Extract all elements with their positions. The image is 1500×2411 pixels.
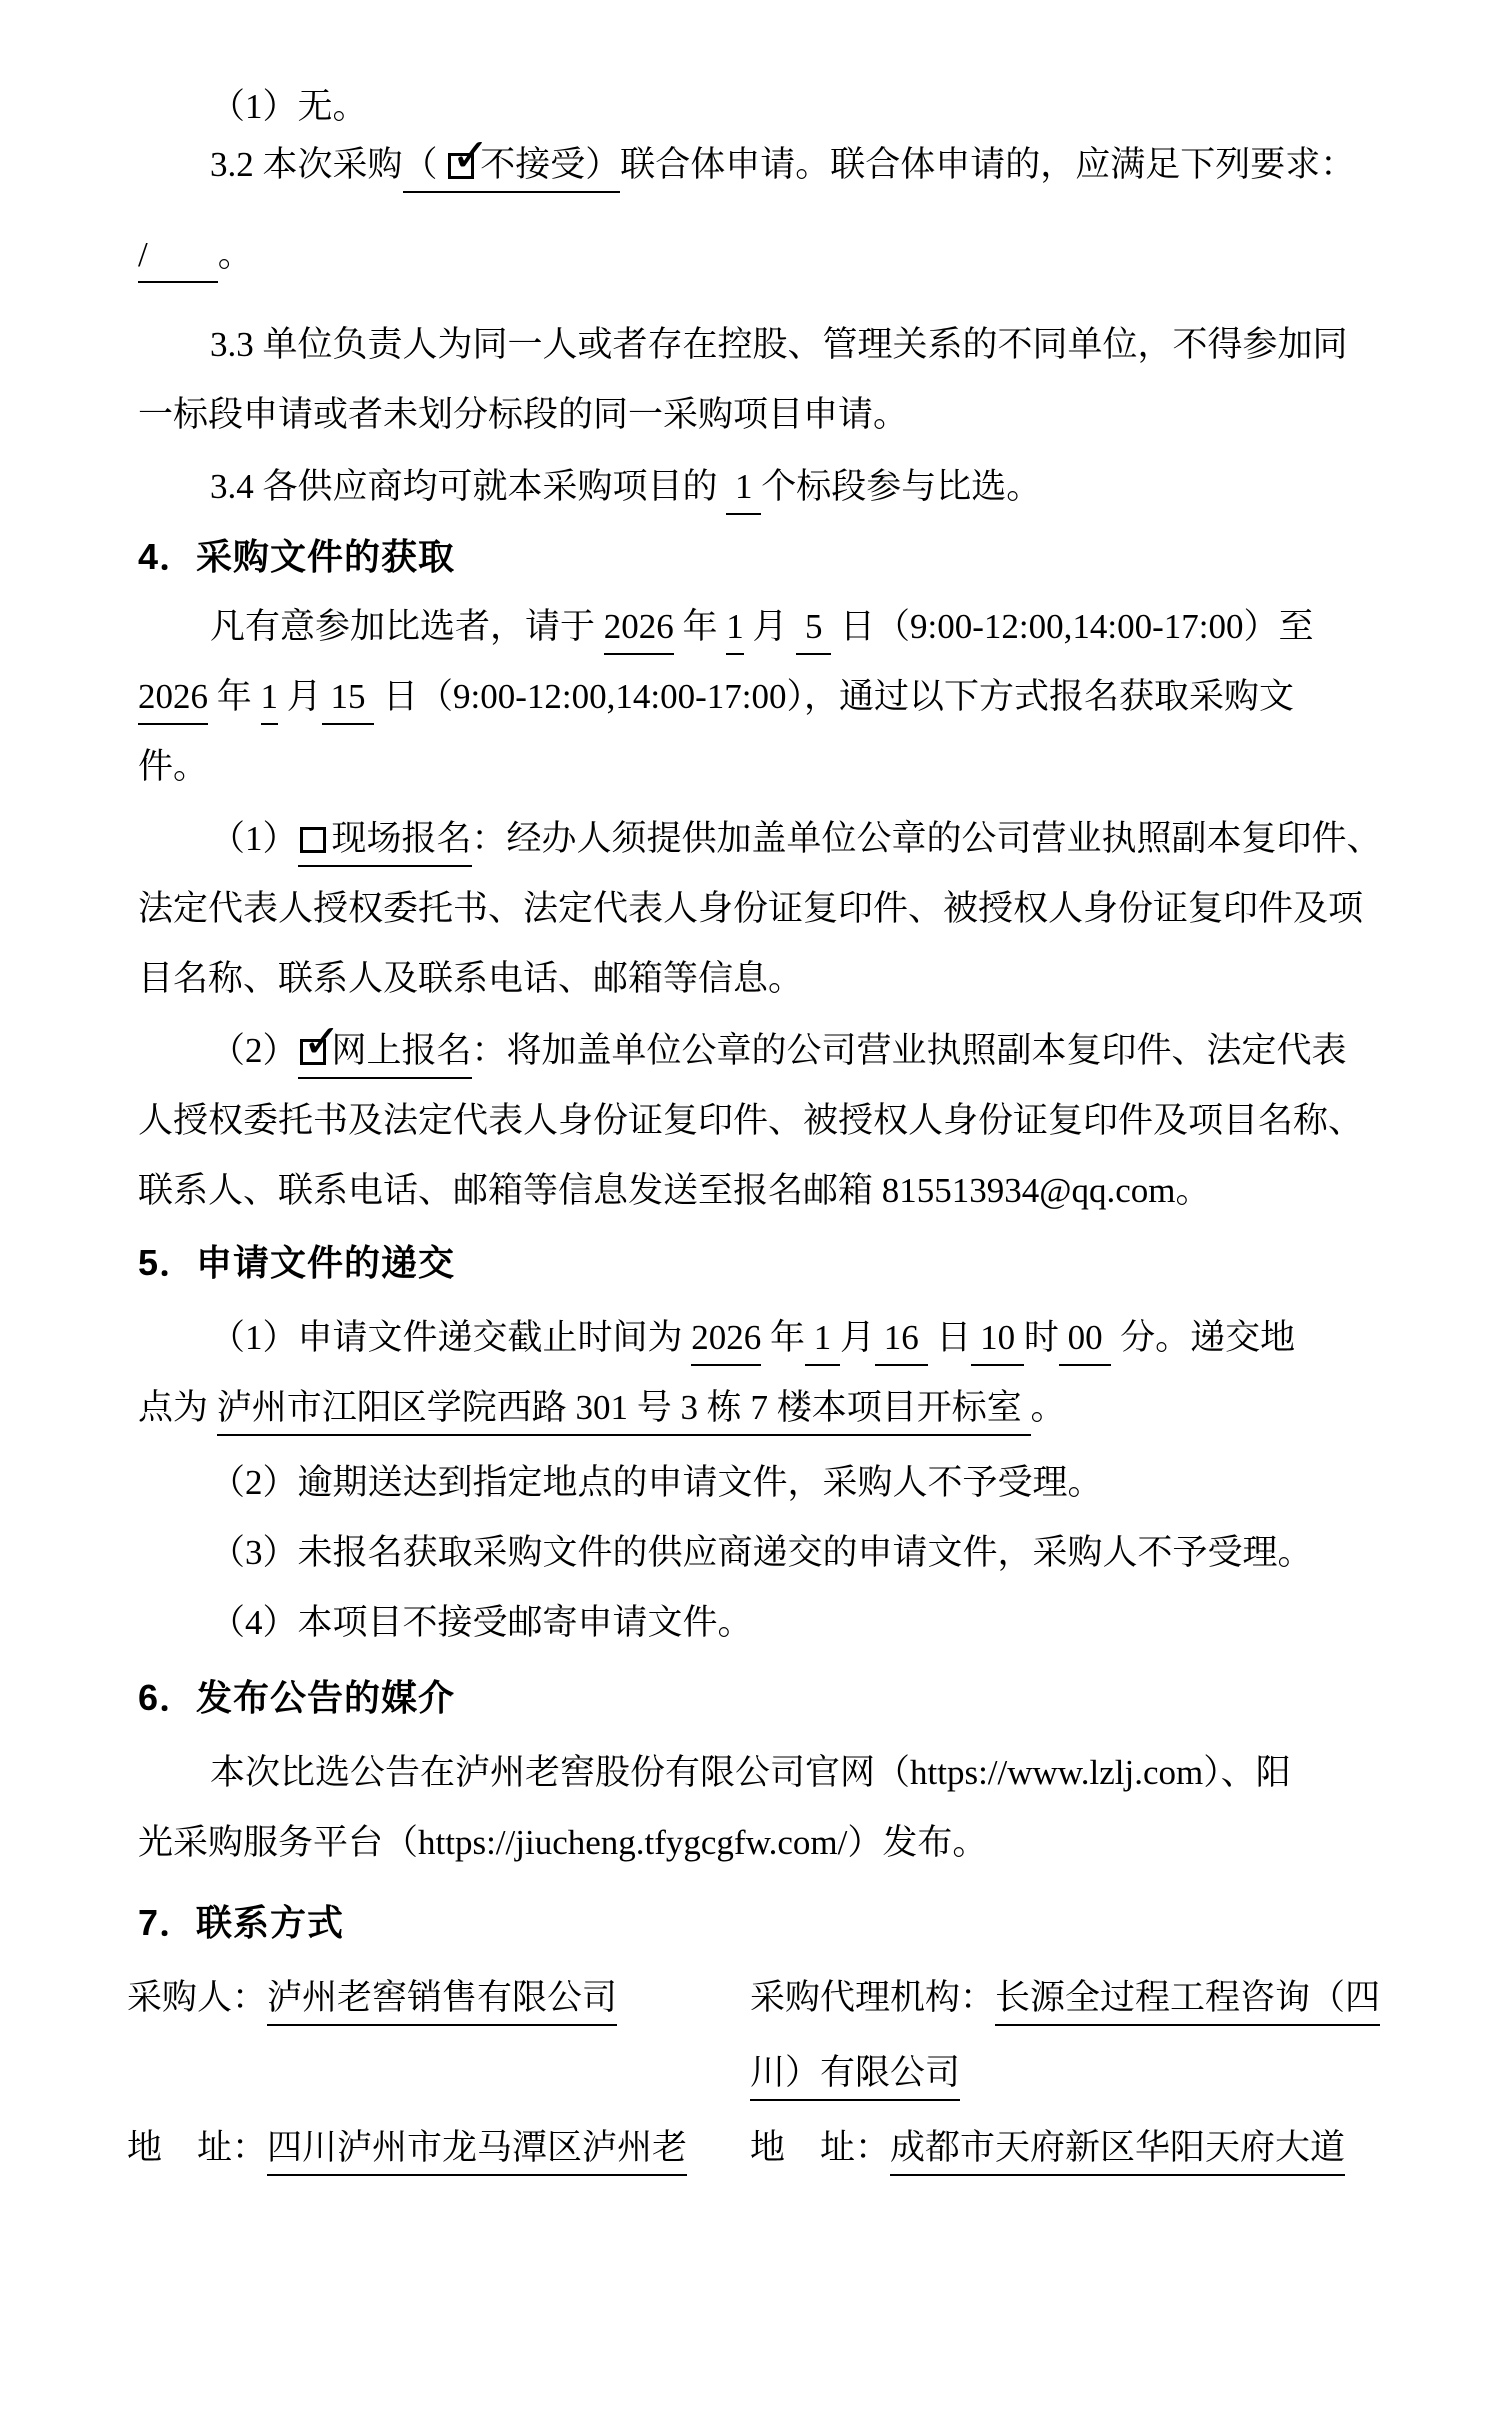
underline-segment: 不接受） [480,145,620,193]
underline-segment: / [138,235,218,283]
underline-segment: 1 [261,677,279,725]
underline-segment: 成都市天府新区华阳天府大道 [890,2128,1345,2176]
underline-segment: 泸州市江阳区学院西路 301 号 3 栋 7 楼本项目开标室 [217,1388,1031,1436]
section-5-item-1-line-1: （1）申请文件递交截止时间为 2026 年 1 月 16 日 10 时 00 分… [0,1303,1500,1373]
check-mark-icon: ✓ [451,132,490,178]
underline-segment: 长源全过程工程咨询（四 [995,1978,1380,2026]
text-segment: 4．采购文件的获取 [138,536,455,577]
underline-segment: 现场报名 [332,819,472,867]
contact-row-addresses: 地 址：四川泸州市龙马潭区泸州老地 址：成都市天府新区华阳天府大道 [0,2113,1500,2183]
text-segment: 目名称、联系人及联系电话、邮箱等信息。 [138,959,803,998]
contact-row-names-right-column: 采购代理机构：长源全过程工程咨询（四 [750,1963,1380,2033]
checkbox-checked-icon: ✓ [300,1039,326,1065]
section-4-line-1: 凡有意参加比选者，请于 2026 年 1 月 5 日（9:00-12:00,14… [0,592,1500,662]
underline-segment: 网上报名 [332,1031,472,1079]
section-5-item-3: （3）未报名获取采购文件的供应商递交的申请文件，采购人不予受理。 [0,1518,1500,1588]
text-segment: （3）未报名获取采购文件的供应商递交的申请文件，采购人不予受理。 [210,1533,1313,1572]
section-4-line-2: 2026 年 1 月 15 日（9:00-12:00,14:00-17:00），… [0,662,1500,732]
text-segment: （4）本项目不接受邮寄申请文件。 [210,1603,753,1642]
text-segment: （1） [210,819,298,858]
underline-segment: 5 [796,607,831,655]
text-segment: 点为 [138,1388,217,1427]
section-5-item-4: （4）本项目不接受邮寄申请文件。 [0,1588,1500,1658]
contact-row-addresses-left-column: 地 址：四川泸州市龙马潭区泸州老 [127,2113,687,2183]
checkbox-empty-wrap [298,819,332,867]
checkbox-empty-icon [300,827,326,853]
text-segment: 。 [218,235,253,274]
text-segment: 3.2 本次采购 [210,145,403,184]
text-segment: ：经办人须提供加盖单位公章的公司营业执照副本复印件、 [472,819,1382,858]
contact-row-addresses-right-column: 地 址：成都市天府新区华阳天府大道 [750,2113,1345,2183]
underline-segment: 2026 [604,607,674,655]
item-3-3-line-2: 一标段申请或者未划分标段的同一采购项目申请。 [0,380,1500,450]
section-4-line-3: 件。 [0,732,1500,802]
text-segment: 联合体申请。联合体申请的，应满足下列要求： [620,145,1355,184]
checkbox-checked-icon: ✓ [448,153,474,179]
underline-segment: 2026 [691,1318,761,1366]
text-segment: ：将加盖单位公章的公司营业执照副本复印件、法定代表 [472,1031,1347,1070]
item-3-2-line-1: 3.2 本次采购（ ✓不接受）联合体申请。联合体申请的，应满足下列要求： [0,130,1500,200]
text-segment: 联系人、联系电话、邮箱等信息发送至报名邮箱 815513934@qq.com。 [138,1171,1211,1210]
onsite-signup-line-3: 目名称、联系人及联系电话、邮箱等信息。 [0,944,1500,1014]
underline-segment: 15 [322,677,375,725]
contact-row-names-left-column: 采购人：泸州老窖销售有限公司 [127,1963,617,2033]
underline-segment: 四川泸州市龙马潭区泸州老 [267,2128,687,2176]
text-segment: 地 址： [127,2128,267,2167]
underline-segment: 16 [875,1318,928,1366]
text-segment: 光采购服务平台（https://jiucheng.tfygcgfw.com/）发… [138,1823,987,1862]
text-segment: 采购人： [127,1978,267,2017]
text-segment: 分。递交地 [1111,1318,1295,1357]
underline-segment: 2026 [138,677,208,725]
online-signup-line-3: 联系人、联系电话、邮箱等信息发送至报名邮箱 815513934@qq.com。 [0,1156,1500,1226]
section-6-heading: 6．发布公告的媒介 [0,1663,1500,1733]
underline-segment: 川）有限公司 [750,2053,960,2101]
text-segment: （2）逾期送达到指定地点的申请文件，采购人不予受理。 [210,1463,1103,1502]
text-segment: 一标段申请或者未划分标段的同一采购项目申请。 [138,395,908,434]
text-segment: 6．发布公告的媒介 [138,1677,455,1718]
underline-segment: 1 [726,607,744,655]
text-segment: 。 [1031,1388,1066,1427]
onsite-signup-line-2: 法定代表人授权委托书、法定代表人身份证复印件、被授权人身份证复印件及项 [0,874,1500,944]
text-segment: 日 [928,1318,972,1357]
text-segment: 日（9:00-12:00,14:00-17:00），通过以下方式报名获取采购文 [374,677,1294,716]
section-6-line-2: 光采购服务平台（https://jiucheng.tfygcgfw.com/）发… [0,1808,1500,1878]
text-segment: 7．联系方式 [138,1902,344,1943]
underline-segment: 00 [1059,1318,1112,1366]
section-7-heading: 7．联系方式 [0,1888,1500,1958]
text-segment: （1）无。 [210,87,368,126]
text-segment: 人授权委托书及法定代表人身份证复印件、被授权人身份证复印件及项目名称、 [138,1101,1363,1140]
text-segment: 本次比选公告在泸州老窖股份有限公司官网（https://www.lzlj.com… [210,1753,1291,1792]
section-5-item-2: （2）逾期送达到指定地点的申请文件，采购人不予受理。 [0,1448,1500,1518]
check-mark-icon: ✓ [303,1018,342,1064]
text-segment: （2） [210,1031,298,1070]
text-segment: 法定代表人授权委托书、法定代表人身份证复印件、被授权人身份证复印件及项 [138,889,1363,928]
section-6-line-1: 本次比选公告在泸州老窖股份有限公司官网（https://www.lzlj.com… [0,1738,1500,1808]
checkbox-checked-wrap: ✓ [298,1031,332,1079]
contact-row-names: 采购人：泸州老窖销售有限公司采购代理机构：长源全过程工程咨询（四 [0,1963,1500,2033]
text-segment: 5．申请文件的递交 [138,1242,455,1283]
checkbox-checked-wrap: ✓ [446,145,480,193]
item-3-4: 3.4 各供应商均可就本采购项目的 1 个标段参与比选。 [0,452,1500,522]
text-segment: 3.3 单位负责人为同一人或者存在控股、管理关系的不同单位，不得参加同 [210,325,1348,364]
section-5-item-1-line-2: 点为 泸州市江阳区学院西路 301 号 3 栋 7 楼本项目开标室 。 [0,1373,1500,1443]
item-3-2-line-2-blank: / 。 [0,220,1500,290]
text-segment: 时 [1024,1318,1059,1357]
text-segment: 月 [278,677,322,716]
online-signup-line-2: 人授权委托书及法定代表人身份证复印件、被授权人身份证复印件及项目名称、 [0,1086,1500,1156]
text-segment: 地 址： [750,2128,890,2167]
text-segment: 月 [744,607,797,646]
underline-segment: （ [403,145,447,193]
online-signup-line-1: （2）✓网上报名：将加盖单位公章的公司营业执照副本复印件、法定代表 [0,1016,1500,1086]
text-segment: （1）申请文件递交截止时间为 [210,1318,691,1357]
text-segment: 年 [761,1318,805,1357]
document-page: （1）无。3.2 本次采购（ ✓不接受）联合体申请。联合体申请的，应满足下列要求… [0,0,1500,2411]
section-4-heading: 4．采购文件的获取 [0,522,1500,592]
contact-row-agency-wrap: 川）有限公司 [0,2038,1500,2108]
underline-segment: 泸州老窖销售有限公司 [267,1978,617,2026]
text-segment: 日（9:00-12:00,14:00-17:00）至 [831,607,1313,646]
text-segment: 个标段参与比选。 [761,467,1041,506]
section-5-heading: 5．申请文件的递交 [0,1228,1500,1298]
text-segment: 3.4 各供应商均可就本采购项目的 [210,467,726,506]
onsite-signup-line-1: （1）现场报名：经办人须提供加盖单位公章的公司营业执照副本复印件、 [0,804,1500,874]
contact-row-agency-wrap-right-column: 川）有限公司 [750,2038,960,2108]
underline-segment: 1 [726,467,761,515]
text-segment: 凡有意参加比选者，请于 [210,607,604,646]
item-3-3-line-1: 3.3 单位负责人为同一人或者存在控股、管理关系的不同单位，不得参加同 [0,310,1500,380]
text-segment: 年 [208,677,261,716]
text-segment: 月 [840,1318,875,1357]
text-segment: 采购代理机构： [750,1978,995,2017]
text-segment: 年 [674,607,727,646]
underline-segment: 10 [971,1318,1024,1366]
text-segment: 件。 [138,747,208,786]
underline-segment: 1 [805,1318,840,1366]
